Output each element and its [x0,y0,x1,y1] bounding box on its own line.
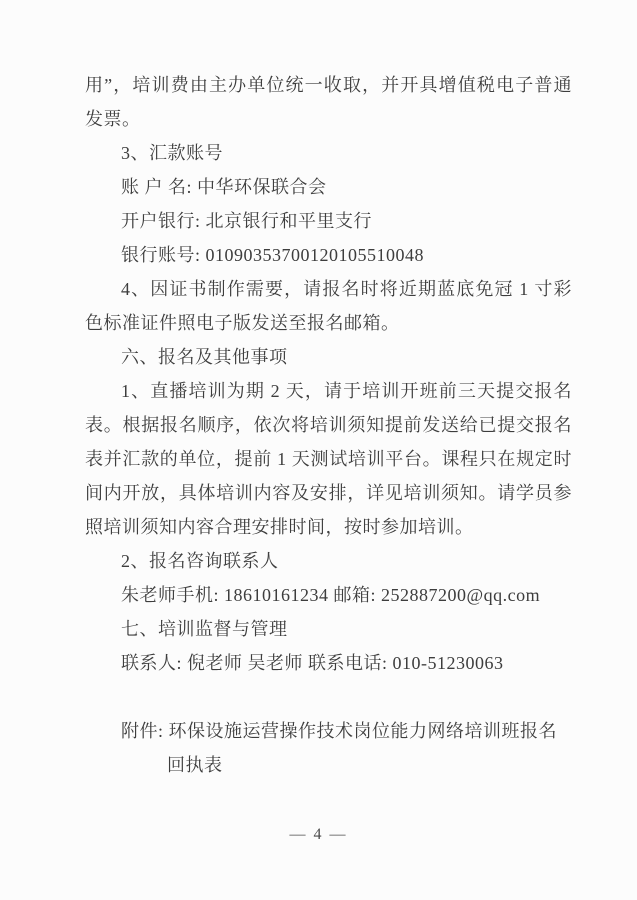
doc-line: 表并汇款的单位，提前 1 天测试培训平台。课程只在规定时 [85,442,572,476]
doc-line: 表。根据报名顺序，依次将培训须知提前发送给已提交报名 [85,408,572,442]
section-heading-remittance: 3、汇款账号 [85,136,572,170]
doc-line: 色标准证件照电子版发送至报名邮箱。 [85,306,572,340]
attachment-line-continuation: 回执表 [85,748,572,782]
doc-line: 发票。 [85,102,572,136]
scanned-document-page: 用”，培训费由主办单位统一收取，并开具增值税电子普通 发票。 3、汇款账号 账 … [0,0,637,900]
page-number: — 4 — [0,826,637,844]
section-heading-registration: 六、报名及其他事项 [85,340,572,374]
bank-account-number-line: 银行账号: 01090353700120105510048 [85,238,572,272]
doc-line: 间内开放，具体培训内容及安排，详见培训须知。请学员参 [85,476,572,510]
doc-line: 照培训须知内容合理安排时间，按时参加培训。 [85,510,572,544]
document-body: 用”，培训费由主办单位统一收取，并开具增值税电子普通 发票。 3、汇款账号 账 … [85,68,572,782]
registration-contact-line: 朱老师手机: 18610161234 邮箱: 252887200@qq.com [85,578,572,612]
attachment-line: 附件: 环保设施运营操作技术岗位能力网络培训班报名 [85,714,572,748]
doc-line: 1、直播培训为期 2 天，请于培训开班前三天提交报名 [85,374,572,408]
doc-line: 用”，培训费由主办单位统一收取，并开具增值税电子普通 [85,68,572,102]
bank-branch-line: 开户银行: 北京银行和平里支行 [85,204,572,238]
contact-heading-line: 2、报名咨询联系人 [85,544,572,578]
section-heading-supervision: 七、培训监督与管理 [85,612,572,646]
bank-account-name-line: 账 户 名: 中华环保联合会 [85,170,572,204]
supervision-contact-line: 联系人: 倪老师 吴老师 联系电话: 010-51230063 [85,646,572,680]
doc-line: 4、因证书制作需要，请报名时将近期蓝底免冠 1 寸彩 [85,272,572,306]
